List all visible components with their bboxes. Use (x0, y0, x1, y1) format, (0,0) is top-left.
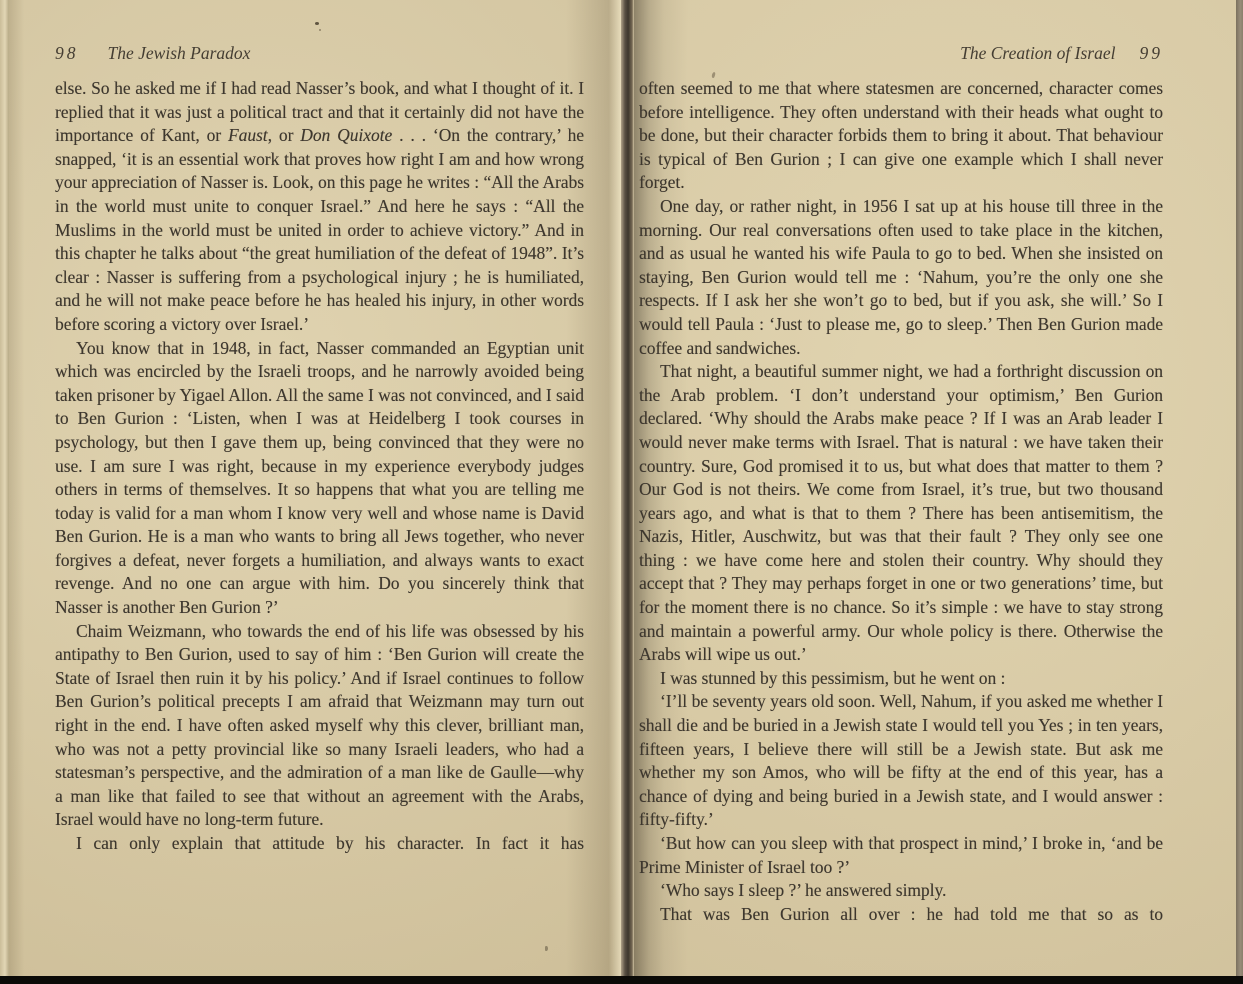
paragraph: Chaim Weizmann, who towards the end of h… (55, 620, 584, 832)
left-page-body: else. So he asked me if I had read Nasse… (55, 77, 584, 856)
scan-speck (319, 29, 321, 31)
right-running-title: The Creation of Israel (960, 42, 1115, 64)
book-scan: 98 The Jewish Paradox else. So he asked … (0, 0, 1243, 984)
left-page-header: 98 The Jewish Paradox (55, 42, 584, 64)
right-page-number: 99 (1140, 42, 1164, 64)
paragraph: One day, or rather night, in 1956 I sat … (639, 195, 1163, 360)
paragraph: ‘But how can you sleep with that prospec… (639, 832, 1163, 879)
paragraph: ‘Who says I sleep ?’ he answered simply. (639, 879, 1163, 903)
right-page-body: often seemed to me that where statesmen … (639, 77, 1163, 926)
scan-bottom-edge (0, 976, 1243, 984)
paragraph: That was Ben Gurion all over : he had to… (639, 903, 1163, 927)
left-page: 98 The Jewish Paradox else. So he asked … (9, 0, 621, 976)
book-gutter-shadow (621, 0, 634, 976)
right-page-edge (1236, 0, 1243, 976)
right-page-inner: The Creation of Israel 99 often seemed t… (634, 0, 1236, 926)
paragraph: else. So he asked me if I had read Nasse… (55, 77, 584, 337)
paragraph: I can only explain that attitude by his … (55, 832, 584, 856)
left-page-inner: 98 The Jewish Paradox else. So he asked … (9, 0, 621, 856)
paragraph: often seemed to me that where statesmen … (639, 77, 1163, 195)
paragraph: You know that in 1948, in fact, Nasser c… (55, 337, 584, 620)
right-page: The Creation of Israel 99 often seemed t… (634, 0, 1236, 976)
paragraph: I was stunned by this pessimism, but he … (639, 667, 1163, 691)
paragraph: ‘I’ll be seventy years old soon. Well, N… (639, 690, 1163, 832)
scan-speck (315, 22, 319, 25)
paragraph: That night, a beautiful summer night, we… (639, 360, 1163, 667)
scan-speck (545, 946, 548, 951)
right-page-header: The Creation of Israel 99 (639, 42, 1163, 64)
left-page-number: 98 (55, 42, 79, 64)
left-page-edge (0, 0, 9, 976)
left-running-title: The Jewish Paradox (108, 42, 251, 64)
